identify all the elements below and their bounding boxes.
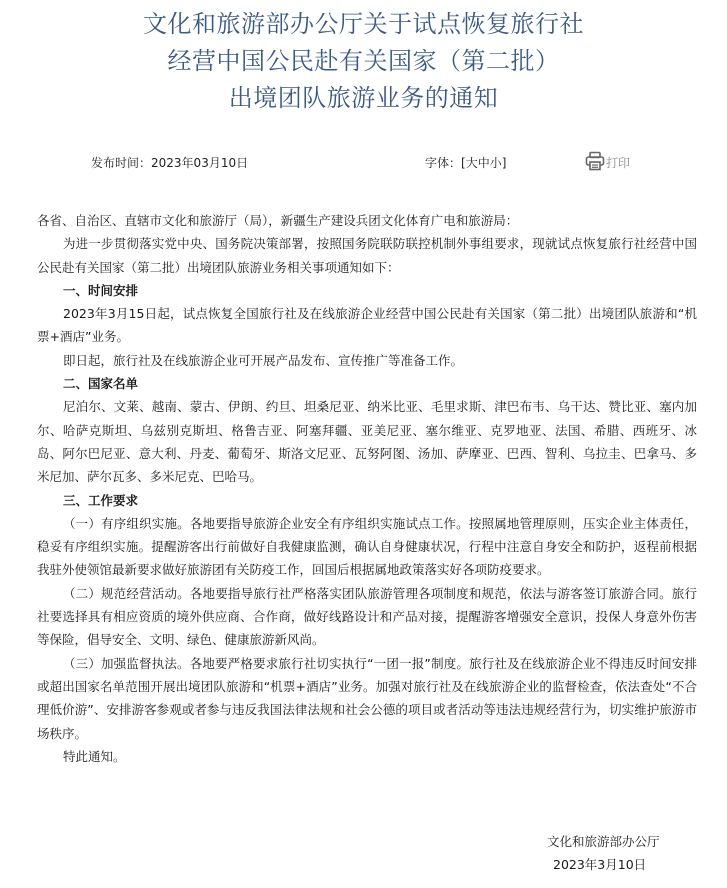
intro-paragraph: 为进一步贯彻落实党中央、国务院决策部署，按照国务院联防联控机制外事组要求，现就试…	[37, 232, 697, 279]
article-title: 文化和旅游部办公厅关于试点恢复旅行社 经营中国公民赴有关国家（第二批） 出境团队…	[0, 6, 727, 117]
article-body: 各省、自治区、直辖市文化和旅游厅（局），新疆生产建设兵团文化体育广电和旅游局： …	[37, 209, 697, 768]
print-button[interactable]: 打印	[585, 151, 630, 174]
title-line-3: 出境团队旅游业务的通知	[0, 80, 727, 117]
paragraph: 2023年3月15日起，试点恢复全国旅行社及在线旅游企业经营中国公民赴有关国家（…	[37, 302, 697, 349]
section-heading-schedule: 一、时间安排	[37, 279, 697, 302]
font-size-large-link[interactable]: 大	[466, 156, 478, 170]
signature-date: 2023年3月10日	[540, 853, 660, 876]
font-size-small-link[interactable]: 小	[490, 156, 502, 170]
paragraph: （三）加强监督执法。各地要严格要求旅行社切实执行“一团一报”制度。旅行社及在线旅…	[37, 652, 697, 745]
paragraph: （一）有序组织实施。各地要指导旅游企业安全有序组织实施试点工作。按照属地管理原则…	[37, 512, 697, 582]
title-line-2: 经营中国公民赴有关国家（第二批）	[0, 43, 727, 80]
title-line-1: 文化和旅游部办公厅关于试点恢复旅行社	[0, 6, 727, 43]
country-list-paragraph: 尼泊尔、文莱、越南、蒙古、伊朗、约旦、坦桑尼亚、纳米比亚、毛里求斯、津巴布韦、乌…	[37, 395, 697, 488]
publish-info: 发布时间：2023年03月10日	[91, 154, 248, 171]
printer-icon	[585, 151, 606, 174]
section-heading-country-list: 二、国家名单	[37, 372, 697, 395]
bracket-close: ]	[502, 156, 507, 170]
font-size-label: 字体：	[425, 156, 461, 170]
paragraph: 即日起，旅行社及在线旅游企业可开展产品发布、宣传推广等准备工作。	[37, 349, 697, 372]
print-label: 打印	[606, 154, 630, 171]
article-meta-bar: 发布时间：2023年03月10日 字体：[大中小] 打印	[0, 151, 727, 173]
closing-line: 特此通知。	[37, 745, 697, 768]
salutation: 各省、自治区、直辖市文化和旅游厅（局），新疆生产建设兵团文化体育广电和旅游局：	[37, 209, 697, 232]
section-heading-requirements: 三、工作要求	[37, 489, 697, 512]
font-size-medium-link[interactable]: 中	[478, 156, 490, 170]
publish-label: 发布时间：	[91, 156, 151, 170]
paragraph: （二）规范经营活动。各地要指导旅行社严格落实团队旅游管理各项制度和规范，依法与游…	[37, 582, 697, 652]
signature-block: 文化和旅游部办公厅 2023年3月10日	[540, 830, 660, 876]
font-size-switcher: 字体：[大中小]	[425, 154, 506, 171]
publish-date: 2023年03月10日	[151, 156, 248, 170]
signature-org: 文化和旅游部办公厅	[540, 830, 660, 853]
